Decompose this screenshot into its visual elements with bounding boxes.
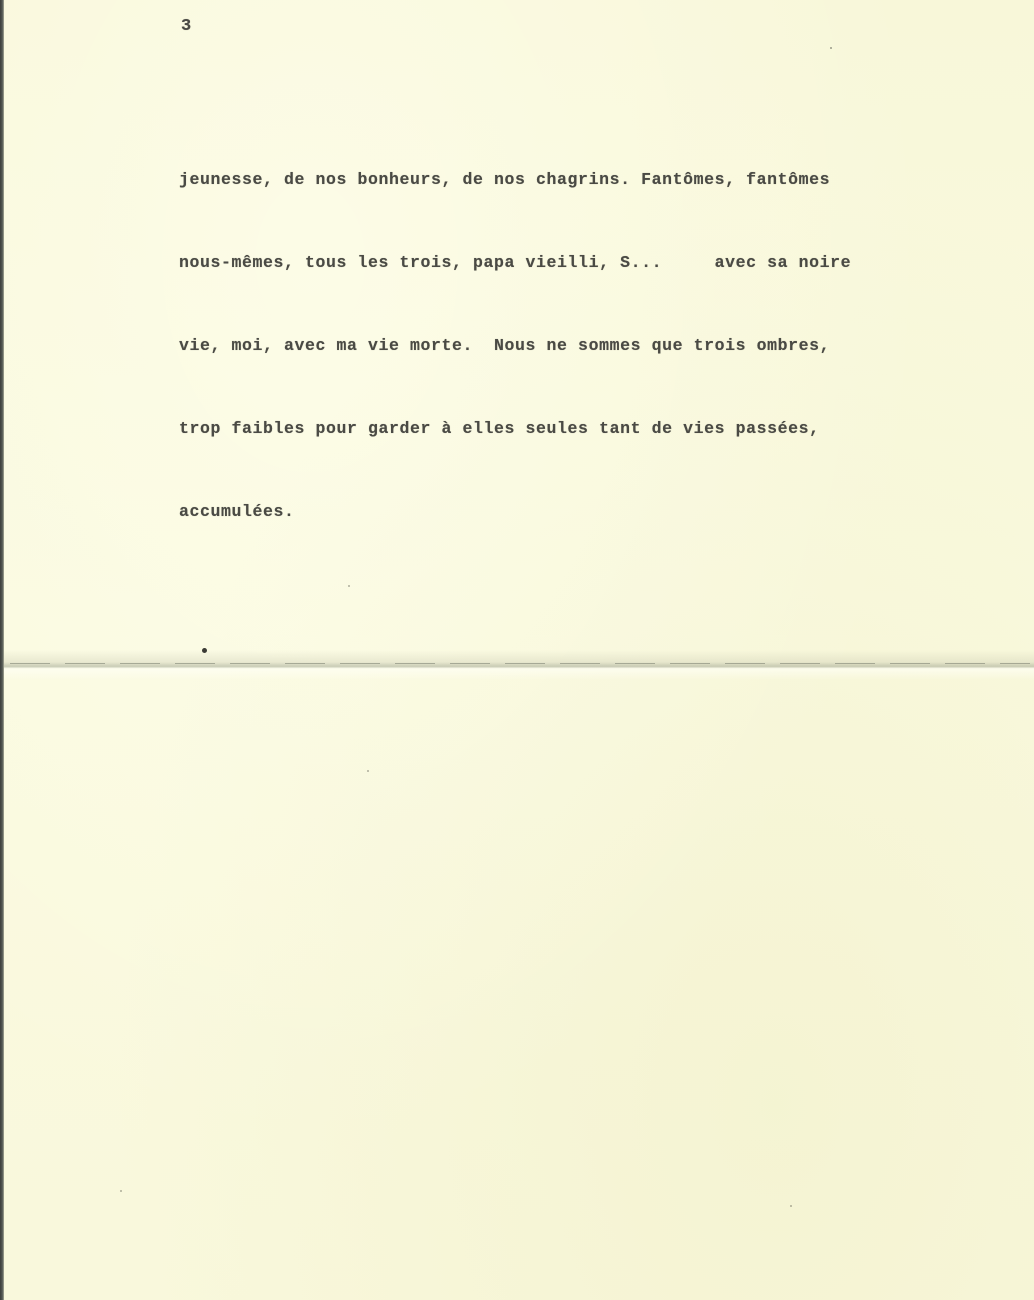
text-line: accumulées. (179, 502, 851, 547)
scanned-page: 3 jeunesse, de nos bonheurs, de nos chag… (0, 0, 1034, 1300)
text-line: nous-mêmes, tous les trois, papa vieilli… (179, 253, 851, 298)
text-line: trop faibles pour garder à elles seules … (179, 419, 851, 464)
text-line: jeunesse, de nos bonheurs, de nos chagri… (179, 170, 851, 215)
typed-paragraph: jeunesse, de nos bonheurs, de nos chagri… (179, 132, 851, 585)
ink-speck (830, 47, 832, 49)
page-number: 3 (181, 17, 192, 36)
ink-speck (202, 648, 207, 653)
ink-speck (120, 1190, 122, 1192)
ink-speck (348, 585, 350, 587)
ink-speck (367, 770, 369, 772)
paper-fold (4, 650, 1034, 680)
ink-speck (790, 1205, 792, 1207)
paper-fold-crease (10, 663, 1030, 664)
text-line: vie, moi, avec ma vie morte. Nous ne som… (179, 336, 851, 381)
